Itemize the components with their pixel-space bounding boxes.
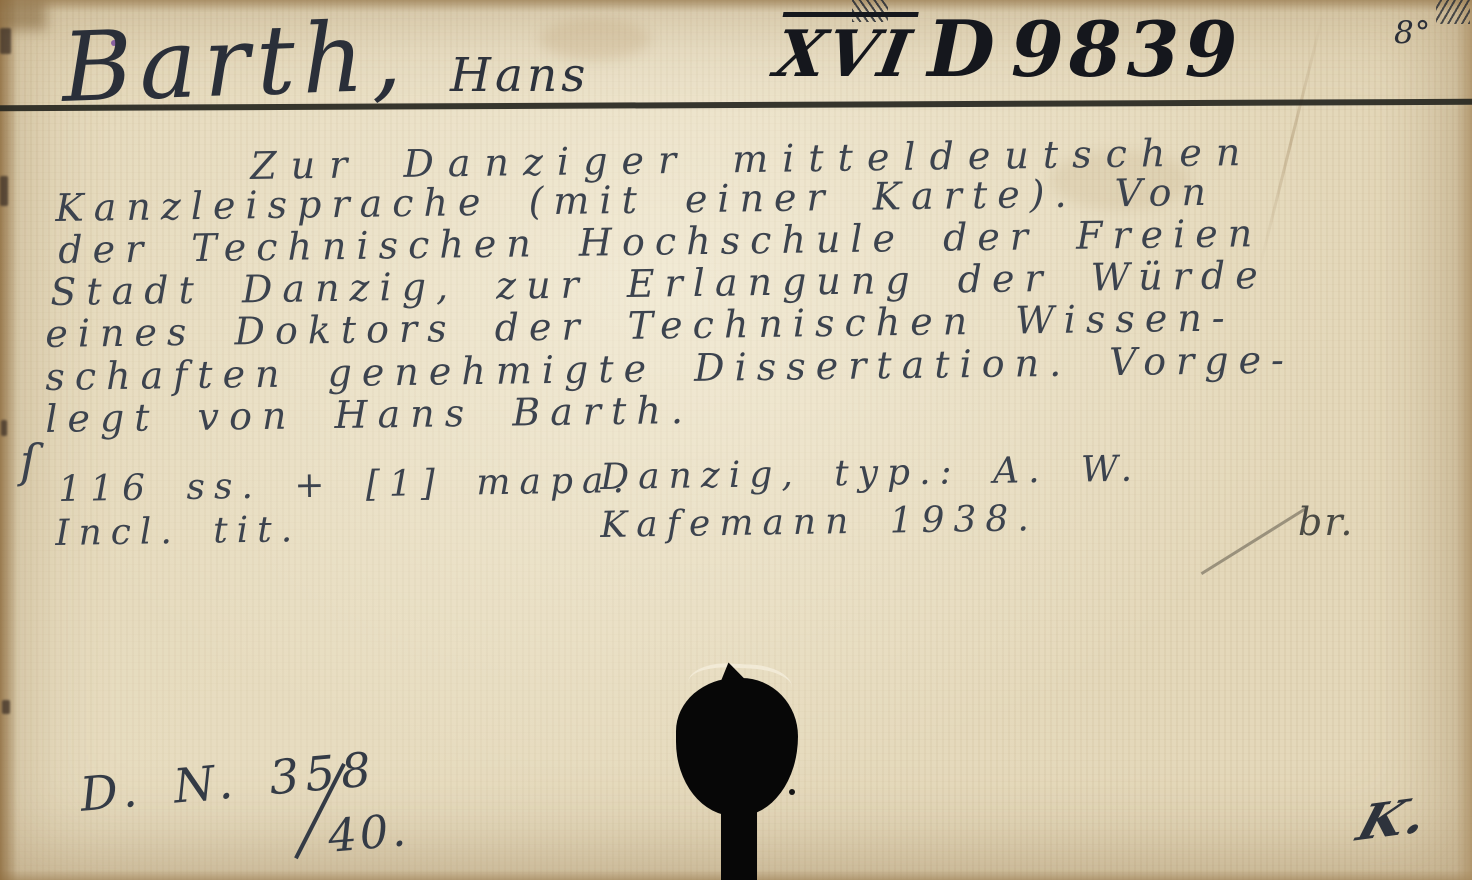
paper-crease (1259, 13, 1325, 266)
catalog-card: Barth, Hans XVI D 9839 8° Zur Danziger m… (0, 0, 1472, 880)
format-mark: 8° (1394, 16, 1431, 50)
ink-speck (789, 789, 795, 795)
punch-hole-slot (721, 796, 757, 880)
stray-pen-stroke: ſ (20, 436, 37, 487)
accession-year: 40. (326, 805, 411, 861)
author-forename: Hans (450, 50, 589, 102)
paper-edge-left (0, 0, 18, 880)
edge-speck (2, 700, 10, 714)
edge-speck (1, 420, 7, 436)
corner-wear-patch (0, 0, 46, 30)
collation-note: Incl. tit. (55, 510, 301, 553)
binding-note: br. (1298, 502, 1354, 544)
shelfmark-number: 9839 (1011, 5, 1243, 94)
crosshatch-mark (1436, 0, 1470, 24)
title-line: legt von Hans Barth. (45, 390, 693, 441)
shelfmark-class: XVI (769, 17, 917, 92)
shelfmark: XVI D 9839 (776, 4, 1242, 95)
pencil-slash (1201, 508, 1306, 575)
imprint-line1: Danzig, typ.: A. W. (600, 450, 1141, 498)
paper-edge-right (1456, 0, 1472, 880)
imprint-line2: Kafemann 1938. (600, 499, 1038, 545)
shelfmark-letter: D (927, 4, 995, 95)
edge-speck (0, 176, 8, 206)
edge-speck (0, 28, 11, 54)
collation-extent: 116 ss. + [1] mapa. (58, 461, 633, 510)
librarian-initials: K. (1351, 787, 1436, 850)
